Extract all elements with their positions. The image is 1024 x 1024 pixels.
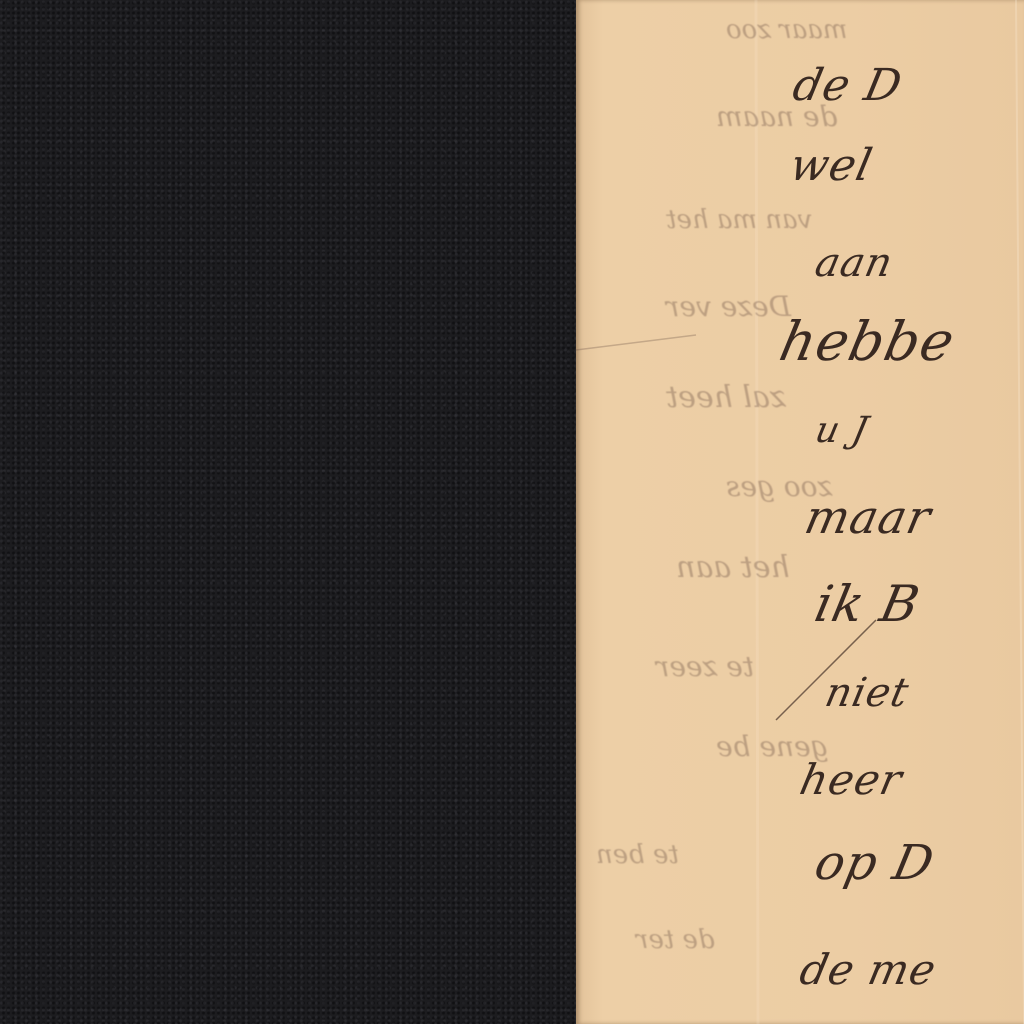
manuscript-page: maar zoode naamvan ma hetDeze verzal hee… (576, 0, 1024, 1024)
handwritten-line: wel (786, 140, 878, 191)
handwritten-line: aan (811, 240, 897, 286)
bleedthrough-text: zal heet (666, 380, 786, 415)
bleedthrough-text: maar zoo (726, 15, 847, 45)
handwritten-line: niet (821, 670, 913, 716)
handwritten-line: maar (800, 490, 936, 544)
handwritten-line: ik B (810, 575, 925, 633)
handwritten-line: de me (796, 945, 941, 994)
handwritten-line: heer (796, 755, 907, 804)
handwritten-line: op D (810, 835, 939, 891)
bleedthrough-text: de ter (636, 925, 715, 955)
handwritten-line: u J (812, 410, 873, 451)
bleedthrough-text: van ma het (666, 205, 812, 235)
bleedthrough-text: te zeer (656, 650, 754, 683)
bleedthrough-text: het aan (676, 550, 790, 585)
dark-backdrop (0, 0, 576, 1024)
handwritten-line: de D (789, 60, 907, 111)
bleedthrough-text: Deze ver (666, 290, 791, 323)
bleedthrough-text: te ben (596, 840, 679, 870)
handwritten-line: hebbe (774, 310, 960, 373)
